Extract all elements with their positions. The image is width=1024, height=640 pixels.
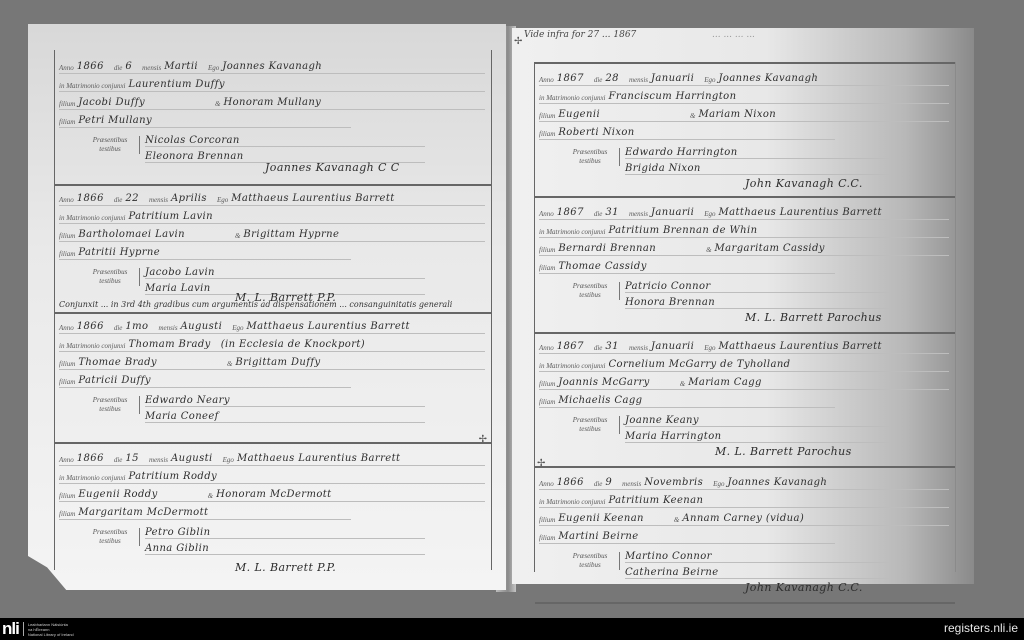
document-viewer[interactable]: Anno 1866 die 6 mensis Martii Ego Joanne… xyxy=(0,0,1024,618)
day-value: 28 xyxy=(605,73,619,84)
witness-value: Maria Harrington xyxy=(625,431,721,442)
groom-note: (in Ecclesia de Knockport) xyxy=(221,339,365,350)
witness-value: Edwardo Neary xyxy=(145,395,230,406)
witnesses-block: Præsentibustestibus Petro Giblin Anna Gi… xyxy=(59,522,485,556)
header-faint-annotation: ... ... ... ... xyxy=(712,30,755,40)
groom-value: Patritium Roddy xyxy=(129,471,218,482)
nli-logo-mark: nli xyxy=(2,620,19,638)
bride-value: Martini Beirne xyxy=(558,531,638,542)
month-value: Aprilis xyxy=(171,193,207,204)
witness-value: Patricio Connor xyxy=(625,281,711,292)
page-top-rule xyxy=(535,62,955,64)
matrimonio-label: in Matrimonio conjunxi xyxy=(59,82,126,90)
month-value: Januarii xyxy=(651,341,694,352)
entry-divider xyxy=(535,466,955,468)
footer-bar: nli Leabharlann Náisiúnta na hÉireann Na… xyxy=(0,618,1024,640)
bride-value: Michaelis Cagg xyxy=(558,395,642,406)
witness-value: Brigida Nixon xyxy=(625,163,701,174)
father-value: Thomae Brady xyxy=(78,357,157,368)
marriage-entry: Anno 1866 die 6 mensis Martii Ego Joanne… xyxy=(55,58,491,180)
bride-value: Margaritam McDermott xyxy=(78,507,208,518)
marriage-entry: Anno 1867 die 31 mensis Januarii Ego Mat… xyxy=(535,338,955,460)
priest-value: Joannes Kavanagh xyxy=(222,61,322,72)
witnesses-block: Præsentibustestibus Joanne Keany Maria H… xyxy=(539,410,949,444)
mother-value: Annam Carney (vidua) xyxy=(682,513,804,524)
father-value: Eugenii Keenan xyxy=(558,513,644,524)
header-annotation: Vide infra for 27 ... 1867 xyxy=(524,30,636,40)
dispensation-note: Conjunxit ... in 3rd 4th gradibus cum ar… xyxy=(59,300,485,309)
page-bottom-rule xyxy=(535,602,955,604)
entry-divider xyxy=(55,312,491,314)
ego-label: Ego xyxy=(208,64,219,72)
father-value: Eugenii xyxy=(558,109,600,120)
signature-line: John Kavanagh C.C. xyxy=(745,578,935,594)
father-value: Bartholomaei Lavin xyxy=(78,229,185,240)
witness-value: Edwardo Harrington xyxy=(625,147,738,158)
father-value: Joannis McGarry xyxy=(558,377,649,388)
bride-value: Roberti Nixon xyxy=(558,127,634,138)
priest-value: Matthaeus Laurentius Barrett xyxy=(237,453,401,464)
father-value: Jacobi Duffy xyxy=(78,97,145,108)
day-value: 31 xyxy=(605,207,619,218)
year-value: 1866 xyxy=(77,321,104,332)
entry-divider xyxy=(535,332,955,334)
right-page-frame: Anno 1867 die 28 mensis Januarii Ego Joa… xyxy=(534,62,956,572)
day-value: 1mo xyxy=(125,321,148,332)
year-value: 1866 xyxy=(77,193,104,204)
bride-value: Patricii Duffy xyxy=(78,375,151,386)
marriage-entry: Anno 1867 die 28 mensis Januarii Ego Joa… xyxy=(535,70,955,192)
nli-logo[interactable]: nli Leabharlann Náisiúnta na hÉireann Na… xyxy=(2,620,74,638)
witnesses-label: Præsentibustestibus xyxy=(85,136,140,154)
groom-value: Patritium Keenan xyxy=(609,495,704,506)
witness-value: Martino Connor xyxy=(625,551,712,562)
signature-line: M. L. Barrett P.P. xyxy=(235,558,471,574)
month-value: Augusti xyxy=(171,453,213,464)
entry-parents-line: filium Jacobi Duffy & Honoram Mullany xyxy=(59,94,485,110)
witness-value: Maria Lavin xyxy=(145,283,211,294)
day-value: 31 xyxy=(605,341,619,352)
page-bottom-rule xyxy=(55,590,491,592)
nli-logo-text: Leabharlann Náisiúnta na hÉireann Nation… xyxy=(28,622,74,637)
groom-value: Patritium Brennan de Whin xyxy=(609,225,758,236)
day-value: 15 xyxy=(125,453,139,464)
margin-cross-mark: ✢ xyxy=(537,458,545,469)
witness-value: Jacobo Lavin xyxy=(145,267,215,278)
signature-value: M. L. Barrett Parochus xyxy=(715,445,852,458)
entry-divider xyxy=(55,442,491,444)
priest-value: Joannes Kavanagh xyxy=(718,73,818,84)
witness-value: Eleonora Brennan xyxy=(145,151,244,162)
witness-value: Honora Brennan xyxy=(625,297,715,308)
father-value: Eugenii Roddy xyxy=(78,489,157,500)
margin-cross-mark: ✢ xyxy=(479,434,487,445)
month-value: Januarii xyxy=(651,207,694,218)
marriage-entry: Anno 1866 die 15 mensis Augusti Ego Matt… xyxy=(55,450,491,572)
marriage-entry: Anno 1866 die 22 mensis Aprilis Ego Matt… xyxy=(55,190,491,312)
mother-value: Mariam Cagg xyxy=(688,377,762,388)
father-value: Bernardi Brennan xyxy=(558,243,656,254)
priest-value: Matthaeus Laurentius Barrett xyxy=(246,321,410,332)
year-value: 1866 xyxy=(557,477,584,488)
priest-value: Matthaeus Laurentius Barrett xyxy=(231,193,395,204)
signature-line: John Kavanagh C.C. xyxy=(745,174,935,190)
witness-value: Anna Giblin xyxy=(145,543,209,554)
groom-value: Thomam Brady xyxy=(129,339,211,350)
groom-value: Cornelium McGarry de Tyholland xyxy=(609,359,791,370)
witnesses-block: Præsentibustestibus Patricio Connor Hono… xyxy=(539,276,949,310)
entry-date-line: Anno 1866 die 6 mensis Martii Ego Joanne… xyxy=(59,58,485,74)
witness-value: Nicolas Corcoran xyxy=(145,135,240,146)
signature-value: M. L. Barrett Parochus xyxy=(745,311,882,324)
left-page-frame: Anno 1866 die 6 mensis Martii Ego Joanne… xyxy=(54,50,492,570)
bride-value: Thomae Cassidy xyxy=(558,261,646,272)
marriage-entry: Anno 1866 die 1mo mensis Augusti Ego Mat… xyxy=(55,318,491,440)
signature-line: M. L. Barrett Parochus xyxy=(715,442,935,458)
priest-value: Joannes Kavanagh xyxy=(727,477,827,488)
filium-label: filium xyxy=(59,100,75,108)
mensis-label: mensis xyxy=(142,64,161,72)
mother-value: Honoram Mullany xyxy=(223,97,321,108)
witnesses-block: Præsentibustestibus Martino Connor Cathe… xyxy=(539,546,949,580)
filiam-label: filiam xyxy=(59,118,75,126)
marriage-entry: Anno 1866 die 9 mensis Novembris Ego Joa… xyxy=(535,474,955,596)
witness-value: Joanne Keany xyxy=(625,415,699,426)
year-value: 1867 xyxy=(557,207,584,218)
month-value: Martii xyxy=(164,61,198,72)
priest-value: Matthaeus Laurentius Barrett xyxy=(718,207,882,218)
priest-value: Matthaeus Laurentius Barrett xyxy=(718,341,882,352)
left-page: Anno 1866 die 6 mensis Martii Ego Joanne… xyxy=(28,24,506,590)
month-value: Augusti xyxy=(181,321,223,332)
ex-label: & xyxy=(215,100,220,108)
witnesses-block: Præsentibustestibus Edwardo Harrington B… xyxy=(539,142,949,176)
mother-value: Brigittam Duffy xyxy=(235,357,320,368)
bride-value: Petri Mullany xyxy=(78,115,152,126)
groom-value: Laurentium Duffy xyxy=(129,79,225,90)
witness-value: Petro Giblin xyxy=(145,527,210,538)
marriage-entry: Anno 1867 die 31 mensis Januarii Ego Mat… xyxy=(535,204,955,326)
entry-bride-line: filiam Petri Mullany xyxy=(59,112,351,128)
month-value: Januarii xyxy=(651,73,694,84)
witness-value: Catherina Beirne xyxy=(625,567,719,578)
right-page: ✢ Vide infra for 27 ... 1867 ... ... ...… xyxy=(512,28,974,584)
anno-label: Anno xyxy=(59,64,74,72)
entry-groom-line: in Matrimonio conjunxi Laurentium Duffy xyxy=(59,76,485,92)
day-value: 9 xyxy=(605,477,612,488)
day-value: 6 xyxy=(125,61,132,72)
bride-value: Patritii Hyprne xyxy=(78,247,160,258)
mother-value: Mariam Nixon xyxy=(699,109,777,120)
day-value: 22 xyxy=(125,193,139,204)
logo-divider xyxy=(23,622,24,636)
entry-divider xyxy=(535,196,955,198)
signature-value: John Kavanagh C.C. xyxy=(745,581,863,594)
entry-divider xyxy=(55,184,491,186)
groom-value: Patritium Lavin xyxy=(129,211,213,222)
year-value: 1866 xyxy=(77,453,104,464)
die-label: die xyxy=(114,64,123,72)
year-value: 1867 xyxy=(557,73,584,84)
witness-value: Maria Coneef xyxy=(145,411,219,422)
signature-line: M. L. Barrett Parochus xyxy=(745,308,935,324)
signature-value: John Kavanagh C.C. xyxy=(745,177,863,190)
mother-value: Honoram McDermott xyxy=(216,489,332,500)
signature-value: Joannes Kavanagh C C xyxy=(265,161,400,174)
site-link[interactable]: registers.nli.ie xyxy=(944,621,1018,635)
signature-line: Joannes Kavanagh C C xyxy=(265,158,471,174)
groom-value: Franciscum Harrington xyxy=(609,91,737,102)
margin-cross-mark: ✢ xyxy=(514,36,522,47)
mother-value: Brigittam Hyprne xyxy=(243,229,339,240)
signature-value: M. L. Barrett P.P. xyxy=(235,561,336,574)
year-value: 1866 xyxy=(77,61,104,72)
mother-value: Margaritam Cassidy xyxy=(715,243,825,254)
month-value: Novembris xyxy=(644,477,703,488)
witnesses-block: Præsentibustestibus Edwardo Neary Maria … xyxy=(59,390,485,424)
year-value: 1867 xyxy=(557,341,584,352)
